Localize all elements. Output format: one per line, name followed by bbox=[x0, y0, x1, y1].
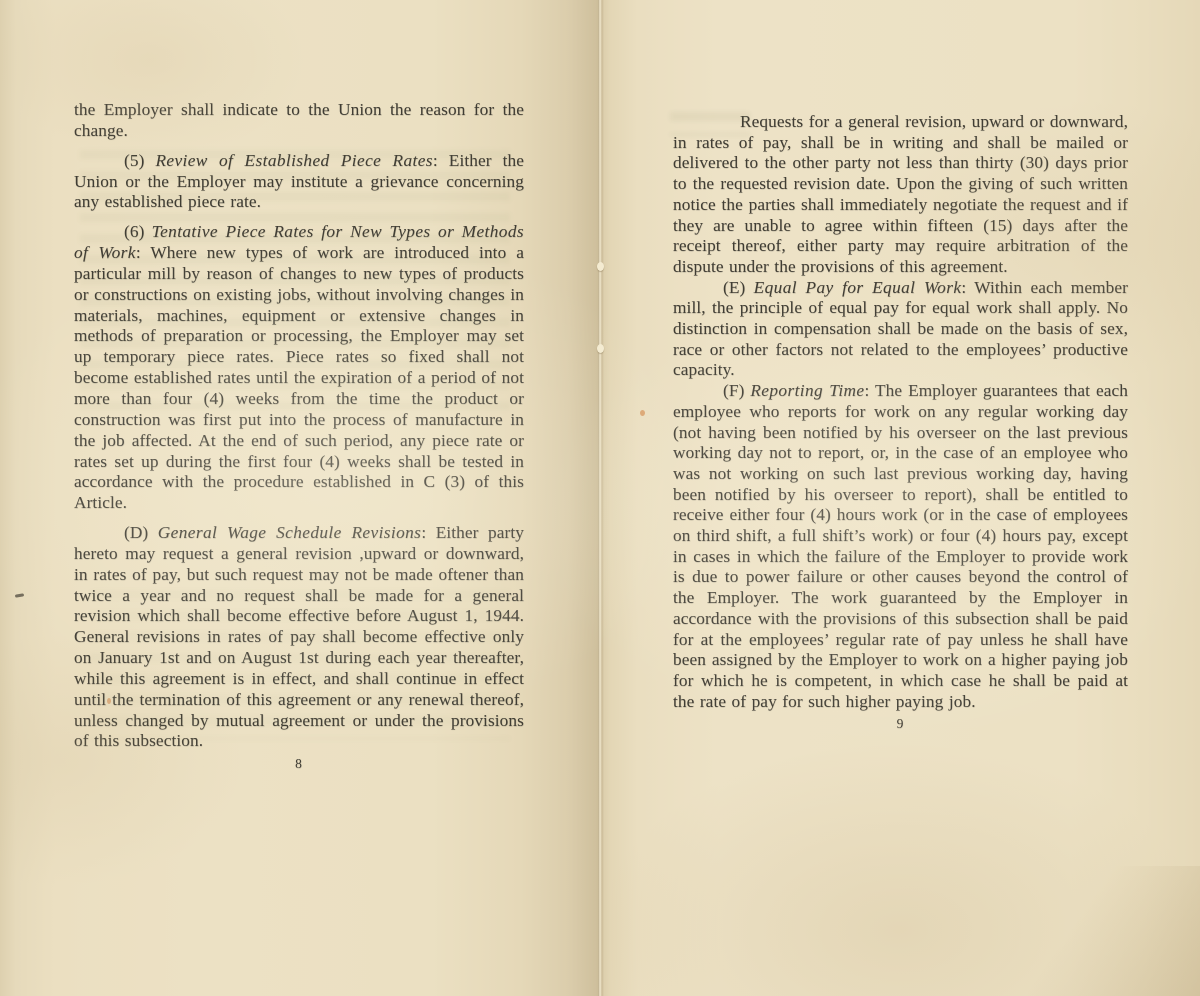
paragraph-text: : The Employer guarantees that each empl… bbox=[673, 381, 1128, 711]
clause-number: (D) bbox=[124, 523, 158, 542]
crease-nick bbox=[597, 262, 604, 271]
clause-e-equal-pay-for-equal-work: (E) Equal Pay for Equal Work: Within eac… bbox=[673, 278, 1128, 382]
clause-6-tentative-piece-rates: (6) Tentative Piece Rates for New Types … bbox=[74, 222, 524, 514]
clause-number: (E) bbox=[723, 278, 754, 297]
paragraph-text: the Employer shall indicate to the Union… bbox=[74, 100, 524, 140]
continued-paragraph: the Employer shall indicate to the Union… bbox=[74, 100, 524, 142]
page-corner-shadow bbox=[970, 866, 1200, 996]
clause-number: (F) bbox=[723, 381, 750, 400]
left-page-text-column: the Employer shall indicate to the Union… bbox=[74, 100, 524, 775]
crease-nick bbox=[597, 344, 604, 353]
clause-f-reporting-time: (F) Reporting Time: The Employer guarant… bbox=[673, 381, 1128, 712]
right-page: Requests for a general revision, upward … bbox=[600, 0, 1200, 996]
clause-title: Equal Pay for Equal Work bbox=[754, 278, 962, 297]
clause-title: Review of Established Piece Rates bbox=[155, 151, 432, 170]
clause-5-review-of-established-piece-rates: (5) Review of Established Piece Rates: E… bbox=[74, 151, 524, 214]
right-page-text-column: Requests for a general revision, upward … bbox=[673, 112, 1128, 735]
clause-title: General Wage Schedule Revisions bbox=[158, 523, 422, 542]
continued-paragraph-requests: Requests for a general revision, upward … bbox=[673, 112, 1128, 278]
clause-number: (5) bbox=[124, 151, 155, 170]
left-page-number: 8 bbox=[74, 754, 524, 775]
paper-fleck bbox=[640, 410, 645, 416]
clause-title: Reporting Time bbox=[750, 381, 864, 400]
paragraph-text: : Either party hereto may request a gene… bbox=[74, 523, 524, 750]
paragraph-text: : Where new types of work are introduced… bbox=[74, 243, 524, 512]
paper-fleck bbox=[107, 698, 111, 704]
left-page: the Employer shall indicate to the Union… bbox=[0, 0, 600, 996]
stray-ink-mark bbox=[15, 593, 24, 598]
clause-d-general-wage-schedule-revisions: (D) General Wage Schedule Revisions: Eit… bbox=[74, 523, 524, 752]
right-page-number: 9 bbox=[673, 714, 1128, 735]
gutter-crease bbox=[598, 0, 604, 996]
paragraph-text: Requests for a general revision, upward … bbox=[673, 112, 1128, 276]
clause-number: (6) bbox=[124, 222, 152, 241]
booklet-spread: the Employer shall indicate to the Union… bbox=[0, 0, 1200, 996]
